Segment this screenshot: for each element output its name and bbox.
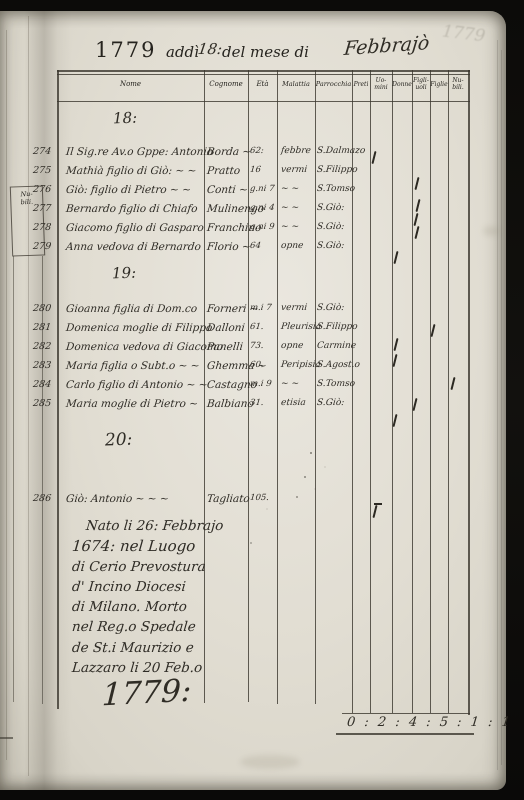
name-cell: Giacomo figlio di Gasparo	[65, 222, 208, 234]
name-cell: Gioanna figlia di Dom.co	[65, 303, 208, 315]
table-row: 285 Maria moglie di Pietro ~ Balbiano 31…	[0, 398, 506, 416]
column-label-eta: Età	[248, 81, 277, 88]
column-label-cognome: Cognome	[204, 81, 248, 88]
table-row: 274 Il Sig.re Av.o Gppe: Antonio Borda ~…	[0, 146, 506, 164]
table-header-rule	[57, 101, 470, 102]
table-row: 277 Bernardo figlio di Chiafo Mulinengo …	[0, 203, 506, 221]
age-cell: g.ni 7	[249, 184, 280, 194]
row-number: 277	[32, 203, 57, 214]
age-cell: m.i 7	[249, 303, 280, 313]
disease-cell: vermi	[280, 303, 318, 313]
row-number: 286	[32, 493, 57, 504]
disease-cell: Peripisia	[280, 360, 318, 370]
group-day-19: 19:	[112, 264, 137, 283]
table-row: 278 Giacomo figlio di Gasparo Franchino …	[0, 222, 506, 240]
note-line-1: Nato li 26: Febbrajo	[71, 516, 233, 536]
totals-row: 0 : 2 : 4 : 5 : 1 : 1	[346, 715, 513, 730]
column-label-malattia: Malattia	[277, 81, 315, 88]
disease-cell: opne	[280, 241, 318, 251]
surname-cell: Borda ~	[206, 146, 251, 158]
surname-cell: Tagliato	[206, 493, 251, 505]
surname-cell: Forneri ~	[206, 303, 251, 315]
addi-label: addì	[166, 43, 199, 61]
note-line-7: de St.i Maurizio e	[71, 638, 233, 658]
surname-cell: Pratto	[206, 165, 251, 177]
table-row: 275 Mathià figlio di Giò: ~ ~ Pratto 16 …	[0, 165, 506, 183]
table-row: 284 Carlo figlio di Antonio ~ ~ Castagno…	[0, 379, 506, 397]
group-day-18: 18:	[113, 109, 138, 128]
row-number: 280	[32, 303, 57, 314]
scanned-register-page: Nu- bili. 1779 1779 addì 18: del mese di…	[0, 0, 524, 800]
table-row: 279 Anna vedova di Bernardo Florio ~ 64 …	[0, 241, 506, 259]
name-cell: Carlo figlio di Antonio ~ ~	[65, 379, 208, 391]
table-row: 282 Domenica vedova di Giacomo Panelli 7…	[0, 341, 506, 359]
parish-cell: S.Giò:	[316, 398, 359, 408]
table-top-rule-inner	[57, 74, 470, 75]
surname-cell: Castagno	[206, 379, 251, 391]
surname-cell: Franchino	[206, 222, 251, 234]
totals-bottom-rule	[336, 733, 474, 735]
ink-speckles	[310, 452, 312, 454]
age-cell: 73.	[249, 341, 280, 351]
name-cell: Giò: Antonio ~ ~ ~	[65, 493, 208, 505]
parish-cell: S.Giò:	[316, 203, 359, 213]
surname-cell: Florio ~	[206, 241, 251, 253]
parish-cell: S.Agost.o	[316, 360, 359, 370]
name-cell: Domenica moglie di Filippo	[65, 322, 208, 334]
row-number: 282	[32, 341, 57, 352]
name-cell: Anna vedova di Bernardo	[65, 241, 208, 253]
age-cell: 61.	[249, 322, 280, 332]
note-year: 1779:	[101, 673, 192, 714]
table-row: 286 Giò: Antonio ~ ~ ~ Tagliato 105.	[0, 493, 506, 511]
row-number: 284	[32, 379, 57, 390]
column-label-donne: Donne	[392, 81, 412, 88]
parish-cell: S.Filippo	[316, 322, 359, 332]
name-cell: Bernardo figlio di Chiafo	[65, 203, 208, 215]
age-cell: g.ni 4	[249, 203, 280, 213]
table-row: 283 Maria figlia o Subt.o ~ ~ Ghemma ~ 6…	[0, 360, 506, 378]
name-cell: Il Sig.re Av.o Gppe: Antonio	[65, 146, 208, 158]
header-year: 1779	[95, 38, 156, 62]
parish-cell: S.Filippo	[316, 165, 359, 175]
note-line-6: nel Reg.o Spedale	[71, 617, 233, 637]
tally-mark-row286-flag	[374, 503, 382, 505]
parish-cell: Carmine	[316, 341, 359, 351]
surname-cell: Conti ~	[206, 184, 251, 196]
disease-cell: ~ ~	[280, 184, 318, 194]
disease-cell: vermi	[280, 165, 318, 175]
group-day-20: 20:	[105, 430, 133, 451]
name-cell: Maria moglie di Pietro ~	[65, 398, 208, 410]
table-top-rule	[57, 70, 470, 72]
row-number: 276	[32, 184, 57, 195]
age-cell: 31.	[249, 398, 280, 408]
row-number: 275	[32, 165, 57, 176]
table-row: 281 Domenica moglie di Filippo Dalloni 6…	[0, 322, 506, 340]
name-cell: Maria figlia o Subt.o ~ ~	[65, 360, 208, 372]
age-cell: m.i 9	[249, 379, 280, 389]
surname-cell: Ghemma ~	[206, 360, 251, 372]
column-label-parrocchia: Parrocchia	[315, 81, 352, 88]
disease-cell: etisia	[280, 398, 318, 408]
row-number: 283	[32, 360, 57, 371]
disease-cell: Pleurisia	[280, 322, 318, 332]
day-value: 18:	[197, 40, 224, 58]
name-cell: Mathià figlio di Giò: ~ ~	[65, 165, 208, 177]
age-cell: 16	[249, 165, 280, 175]
disease-cell: ~ ~	[280, 203, 318, 213]
disease-cell: opne	[280, 341, 318, 351]
age-cell: 105.	[249, 493, 280, 503]
note-line-2: 1674: nel Luogo	[71, 536, 233, 556]
surname-cell: Mulinengo	[206, 203, 251, 215]
parish-cell: S.Giò:	[316, 222, 359, 232]
column-label-preti: Preti	[352, 81, 370, 88]
age-cell: 60.	[249, 360, 280, 370]
row-number: 278	[32, 222, 57, 233]
name-cell: Domenica vedova di Giacomo	[65, 341, 208, 353]
row-number: 285	[32, 398, 57, 409]
totals-top-rule	[342, 713, 470, 714]
table-row: 280 Gioanna figlia di Dom.co Forneri ~ m…	[0, 303, 506, 321]
parish-cell: S.Giò:	[316, 241, 359, 251]
parish-cell: S.Dalmazo	[316, 146, 359, 156]
disease-cell: febbre	[280, 146, 318, 156]
disease-cell: ~ ~	[280, 222, 318, 232]
column-label-figlie: Figlie	[430, 81, 448, 88]
parish-cell: S.Tomso	[316, 379, 359, 389]
name-cell: Giò: figlio di Pietro ~ ~	[65, 184, 208, 196]
row-number: 274	[32, 146, 57, 157]
paper-stain	[483, 226, 499, 236]
column-label-nome: Nome	[57, 81, 204, 88]
parish-cell: S.Giò:	[316, 303, 359, 313]
prev-page-bottom-rule	[0, 737, 13, 739]
row-number: 279	[32, 241, 57, 252]
column-label-uomini: Uo- mini	[370, 77, 392, 91]
age-cell: 64	[249, 241, 280, 251]
note-line-5: di Milano. Morto	[71, 597, 233, 617]
age-cell: g.ni 9	[249, 222, 280, 232]
parish-cell: S.Tomso	[316, 184, 359, 194]
note-line-4: d' Incino Diocesi	[71, 577, 233, 597]
age-cell: 62:	[249, 146, 280, 156]
marginal-note: Nato li 26: Febbrajo 1674: nel Luogo di …	[72, 516, 232, 678]
column-label-nubili: Nu- bili.	[448, 77, 468, 91]
column-label-figliuoli: Figli- uoli	[412, 77, 430, 91]
surname-cell: Dalloni	[206, 322, 251, 334]
paper-stain	[240, 755, 300, 769]
note-line-3: di Cerio Prevostura	[71, 557, 233, 577]
row-number: 281	[32, 322, 57, 333]
surname-cell: Panelli	[206, 341, 251, 353]
table-row: 276 Giò: figlio di Pietro ~ ~ Conti ~ g.…	[0, 184, 506, 202]
surname-cell: Balbiano	[206, 398, 251, 410]
mese-label: del mese di	[222, 43, 309, 61]
disease-cell: ~ ~	[280, 379, 318, 389]
